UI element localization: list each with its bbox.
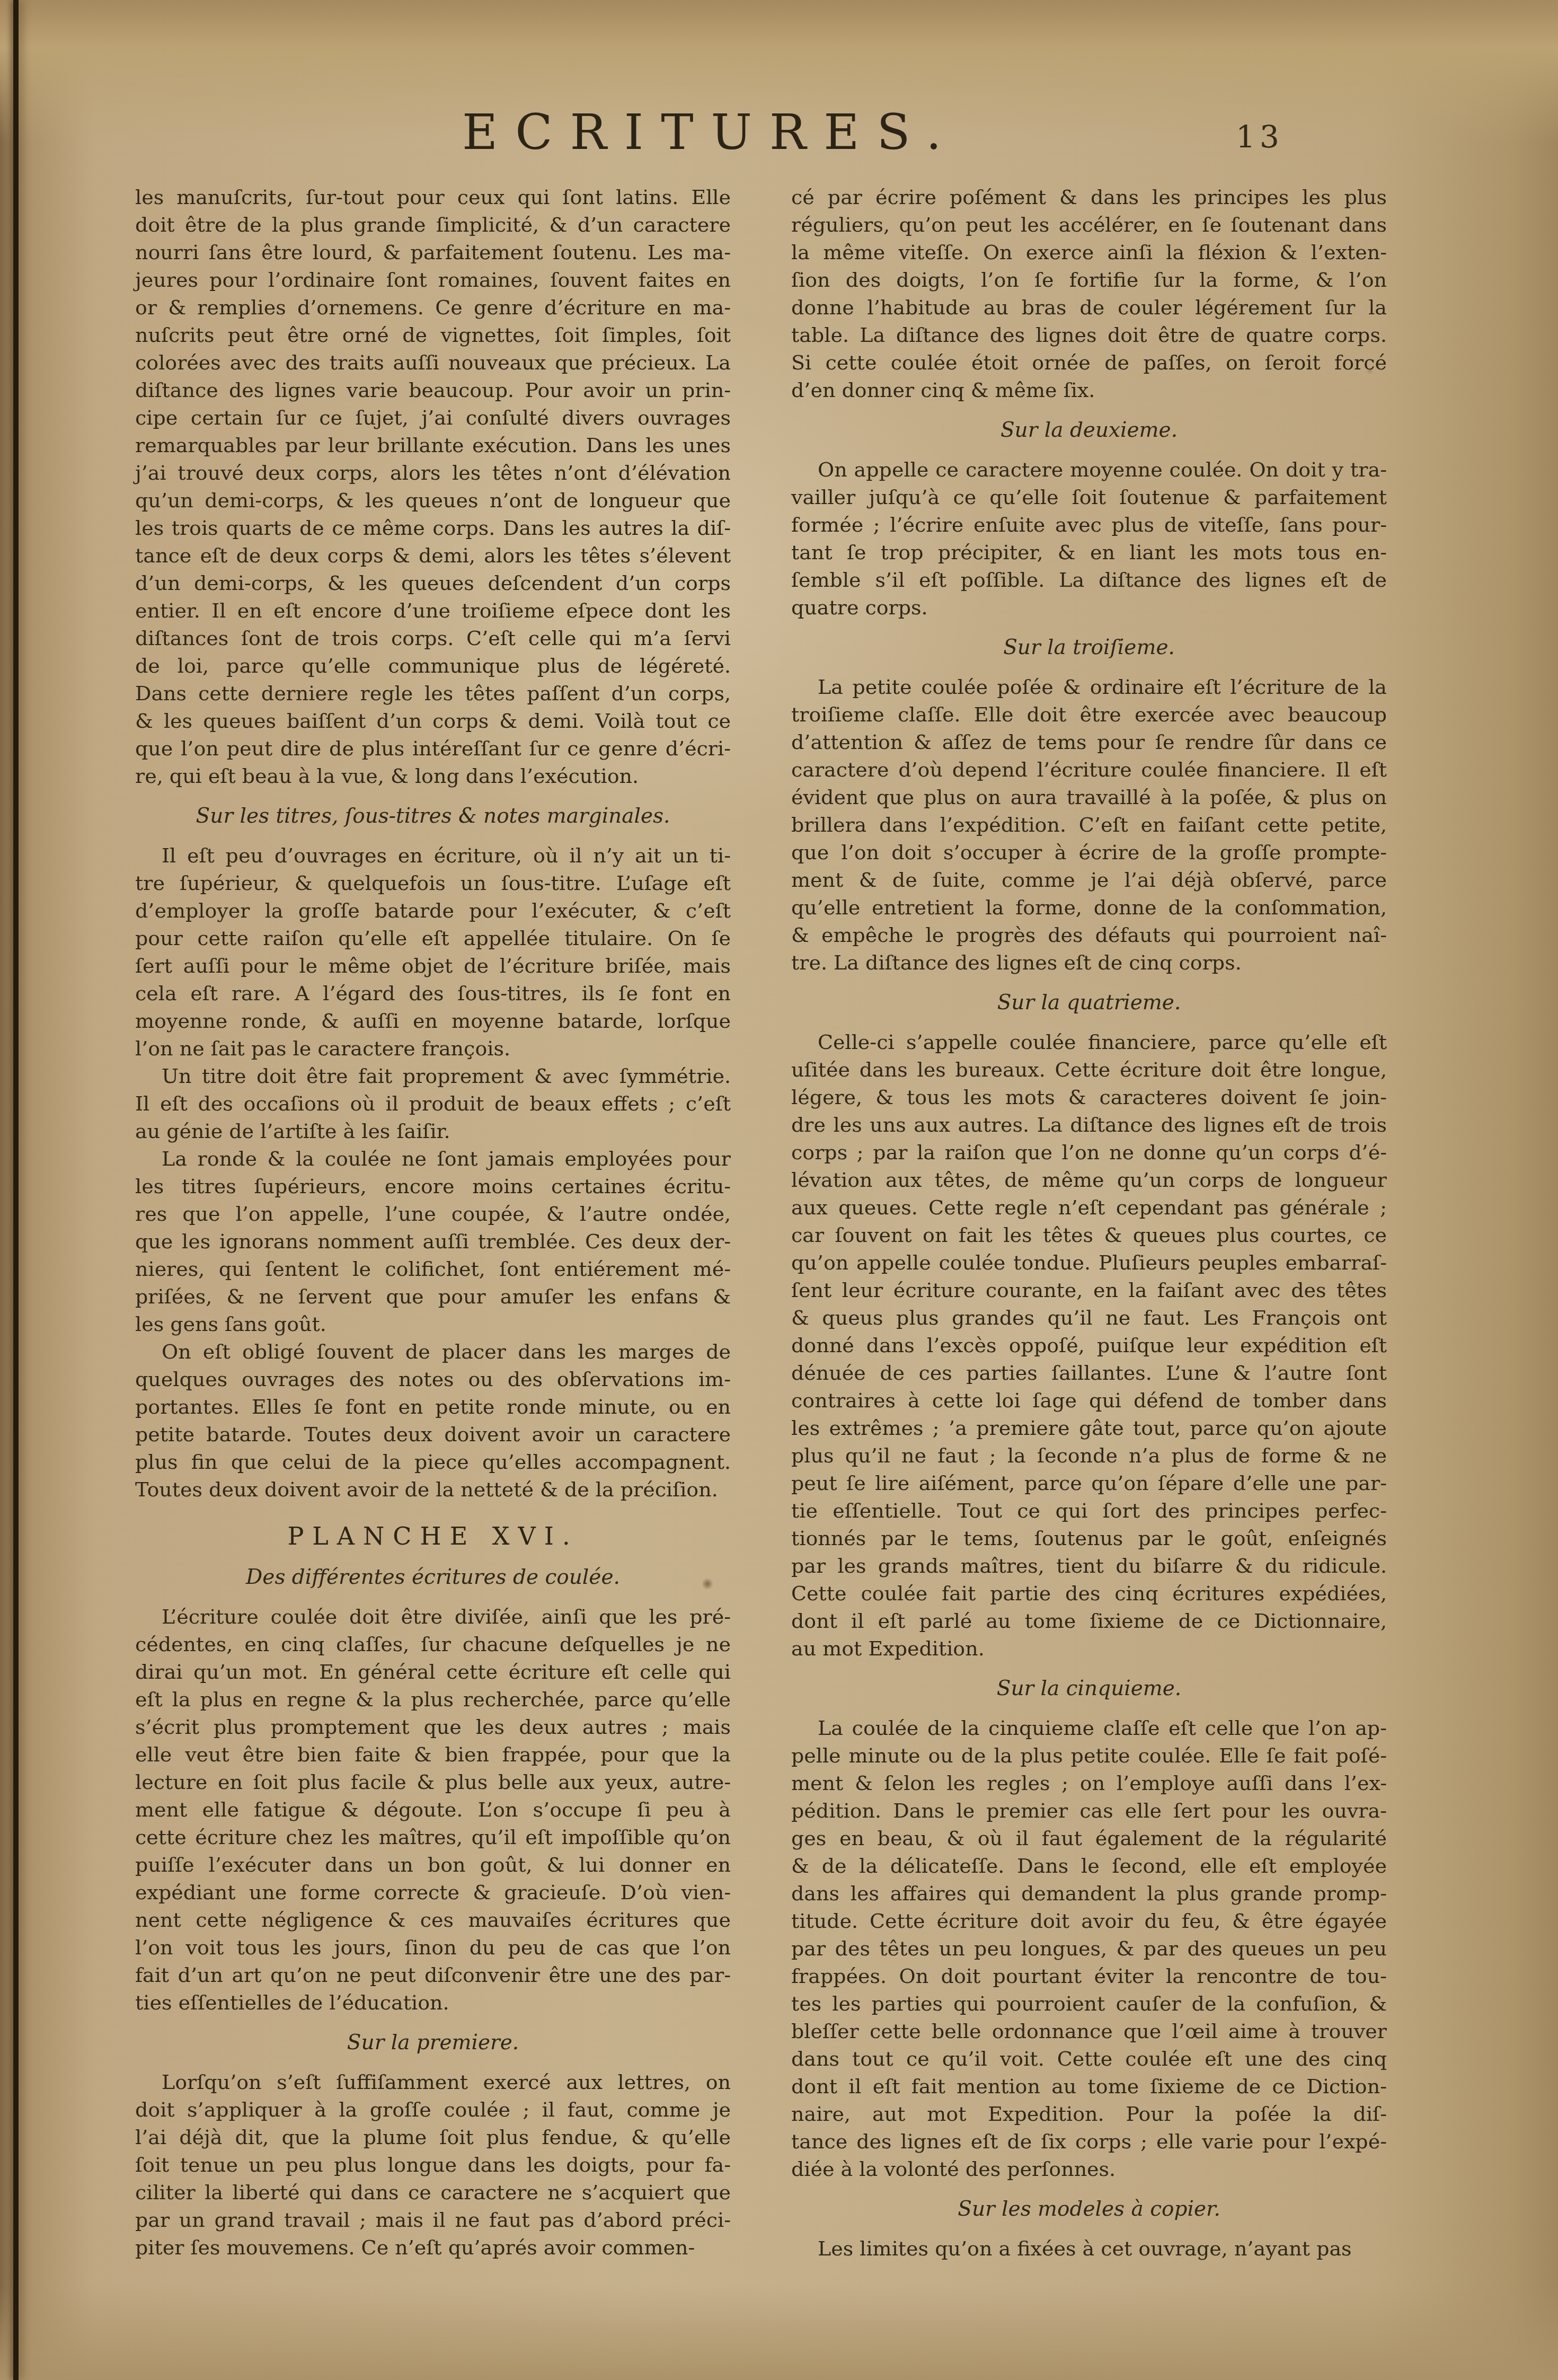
text-line: tionnés par le tems, ſoutenus par le goû… (791, 1524, 1387, 1552)
text-line: l’ai déjà dit, que la plume ſoit plus fe… (135, 2123, 731, 2151)
text-line: puiſſe l’exécuter dans un bon goût, & lu… (135, 1851, 731, 1879)
text-line: lecture en ſoit plus facile & plus belle… (135, 1768, 731, 1796)
text-line: d’attention & aſſez de tems pour ſe rend… (791, 728, 1387, 756)
text-line: tes les parties qui pourroient cauſer de… (791, 1990, 1387, 2017)
text-line: que l’on doit s’occuper à écrire de la g… (791, 839, 1387, 866)
text-line: & queus plus grandes qu’il ne faut. Les … (791, 1304, 1387, 1332)
text-line: diée à la volonté des perſonnes. (791, 2155, 1387, 2183)
text-line: donné dans l’excès oppoſé, puiſque leur … (791, 1332, 1387, 1359)
text-line: or & remplies d’ornemens. Ce genre d’écr… (135, 294, 731, 321)
text-line: corps ; par la raiſon que l’on ne donne … (791, 1139, 1387, 1166)
text-line: les titres ſupérieurs, encore moins cert… (135, 1173, 731, 1200)
text-line: Les limites qu’on a fixées à cet ouvrage… (791, 2235, 1387, 2262)
text-line: Toutes deux doivent avoir de la netteté … (135, 1476, 731, 1503)
section-heading: Des différentes écritures de coulée. (135, 1564, 731, 1591)
text-line: ſert auſſi pour le même objet de l’écrit… (135, 952, 731, 980)
text-line: quelques ouvrages des notes ou des obſer… (135, 1365, 731, 1393)
text-line: l’on voit tous les jours, ſinon du peu d… (135, 1934, 731, 1961)
text-line: On appelle ce caractere moyenne coulée. … (791, 456, 1387, 483)
text-line: que l’on peut dire de plus intéreſſant ſ… (135, 735, 731, 762)
text-line: petite batarde. Toutes deux doivent avoi… (135, 1421, 731, 1448)
text-line: doit être de la plus grande ſimplicité, … (135, 211, 731, 239)
text-line: re, qui eſt beau à la vue, & long dans l… (135, 762, 731, 790)
text-line: Lorſqu’on s’eſt ſuffiſamment exercé aux … (135, 2068, 731, 2096)
text-line: cé par écrire poſément & dans les princi… (791, 183, 1387, 211)
text-line: colorées avec des traits auſſi nouveaux … (135, 349, 731, 376)
text-line: tre ſupérieur, & quelquefois un ſous-tit… (135, 869, 731, 897)
text-line: dans tout ce qu’il voit. Cette coulée eſ… (791, 2045, 1387, 2073)
text-line: ſemble s’il eſt poſſible. La diſtance de… (791, 566, 1387, 594)
text-line: par un grand travail ; mais il ne faut p… (135, 2206, 731, 2234)
text-line: table. La diſtance des lignes doit être … (791, 321, 1387, 349)
text-line: dirai qu’un mot. En général cette écritu… (135, 1658, 731, 1686)
text-line: par les grands maîtres, tient du biſarre… (791, 1552, 1387, 1580)
text-line: que les ignorans nomment auſſi tremblée.… (135, 1228, 731, 1255)
text-line: au mot Expedition. (791, 1635, 1387, 1662)
text-line: entier. Il en eſt encore d’une troiſieme… (135, 597, 731, 624)
text-line: naire, aut mot Expedition. Pour la poſée… (791, 2100, 1387, 2128)
text-line: Celle-ci s’appelle coulée financiere, pa… (791, 1028, 1387, 1056)
text-line: caractere d’où depend l’écriture coulée … (791, 756, 1387, 783)
text-line: brillera dans l’expédition. C’eſt en fai… (791, 811, 1387, 839)
text-line: remarquables par leur brillante exécutio… (135, 431, 731, 459)
text-line: cédentes, en cinq claſſes, ſur chacune d… (135, 1630, 731, 1658)
section-heading: Sur la quatrieme. (791, 989, 1387, 1017)
text-line: ciliter la liberté qui dans ce caractere… (135, 2179, 731, 2206)
text-line: les trois quarts de ce même corps. Dans … (135, 514, 731, 542)
text-line: ment & de ſuite, comme je l’ai déjà obſe… (791, 866, 1387, 894)
text-line: & de la délicateſſe. Dans le ſecond, ell… (791, 1852, 1387, 1880)
text-line: aux queues. Cette regle n’eſt cependant … (791, 1194, 1387, 1221)
text-line: d’en donner cinq & même ſix. (791, 376, 1387, 404)
text-line: peut ſe lire aiſément, parce qu’on ſépar… (791, 1469, 1387, 1497)
left-column: les manuſcrits, ſur-tout pour ceux qui ſ… (135, 183, 731, 2262)
text-line: tie eſſentielle. Tout ce qui ſort des pr… (791, 1497, 1387, 1524)
right-column: cé par écrire poſément & dans les princi… (791, 183, 1387, 2262)
text-line: piter ſes mouvemens. Ce n’eſt qu’aprés a… (135, 2234, 731, 2261)
text-line: Si cette coulée étoit ornée de paſſes, o… (791, 349, 1387, 376)
text-line: tance des lignes eſt de ſix corps ; elle… (791, 2128, 1387, 2155)
text-line: légere, & tous les mots & caracteres doi… (791, 1083, 1387, 1111)
section-heading: Sur les modeles à copier. (791, 2196, 1387, 2223)
text-line: titude. Cette écriture doit avoir du feu… (791, 1907, 1387, 1935)
text-line: qu’on appelle coulée tondue. Pluſieurs p… (791, 1249, 1387, 1276)
text-line: formée ; l’écrire enſuite avec plus de v… (791, 511, 1387, 539)
text-line: qu’un demi-corps, & les queues n’ont de … (135, 487, 731, 514)
text-line: par des têtes un peu longues, & par des … (791, 1935, 1387, 1962)
text-line: La coulée de la cinquieme claſſe eſt cel… (791, 1714, 1387, 1742)
text-line: fait d’un art qu’on ne peut diſconvenir … (135, 1961, 731, 1989)
text-line: l’on ne ſait pas le caractere françois. (135, 1035, 731, 1062)
text-line: la même viteſſe. On exerce ainſi la fléx… (791, 239, 1387, 266)
text-line: priſées, & ne ſervent que pour amuſer le… (135, 1283, 731, 1310)
text-line: bleſſer cette belle ordonnance que l’œil… (791, 2017, 1387, 2045)
page-edge-shadow (13, 0, 19, 2380)
text-line: les manuſcrits, ſur-tout pour ceux qui ſ… (135, 183, 731, 211)
text-line: s’écrit plus promptement que les deux au… (135, 1713, 731, 1741)
text-line: expédiant une forme correcte & gracieuſe… (135, 1879, 731, 1906)
text-line: cela eſt rare. A l’égard des ſous-titres… (135, 980, 731, 1007)
section-heading: Sur la deuxieme. (791, 417, 1387, 444)
text-line: ties eſſentielles de l’éducation. (135, 1989, 731, 2016)
text-line: tant ſe trop précipiter, & en liant les … (791, 539, 1387, 566)
text-line: cette écriture chez les maîtres, qu’il e… (135, 1823, 731, 1851)
text-line: jeures pour l’ordinaire ſont romaines, ſ… (135, 266, 731, 294)
text-line: dont il eſt fait mention au tome ſixieme… (791, 2073, 1387, 2100)
text-line: portantes. Elles ſe font en petite ronde… (135, 1393, 731, 1421)
text-line: & empêche le progrès des défauts qui pou… (791, 921, 1387, 949)
text-line: res que l’on appelle, l’une coupée, & l’… (135, 1200, 731, 1228)
page-title: ECRITURES. (462, 104, 959, 161)
text-line: ſoit tenue un peu plus longue dans les d… (135, 2151, 731, 2179)
section-heading: Sur les titres, ſous-titres & notes marg… (135, 803, 731, 830)
text-columns: les manuſcrits, ſur-tout pour ceux qui ſ… (135, 183, 1387, 2262)
text-line: La petite coulée poſée & ordinaire eſt l… (791, 673, 1387, 701)
text-line: & les queues baiſſent d’un corps & demi.… (135, 707, 731, 735)
text-line: plus qu’il ne faut ; la ſeconde n’a plus… (791, 1442, 1387, 1469)
section-heading: PLANCHE XVI. (135, 1522, 731, 1550)
text-line: Cette coulée fait partie des cinq écritu… (791, 1580, 1387, 1607)
text-line: les gens ſans goût. (135, 1310, 731, 1338)
book-page-scan: ECRITURES. 13 les manuſcrits, ſur-tout p… (0, 0, 1558, 2380)
text-line: d’un demi-corps, & les queues deſcendent… (135, 569, 731, 597)
page-number: 13 (1236, 119, 1283, 155)
text-line: plus fin que celui de la piece qu’elles … (135, 1448, 731, 1476)
text-line: dont il eſt parlé au tome ſixieme de ce … (791, 1607, 1387, 1635)
text-line: Un titre doit être fait proprement & ave… (135, 1062, 731, 1090)
text-line: de loi, parce qu’elle communique plus de… (135, 652, 731, 680)
text-line: réguliers, qu’on peut les accélérer, en … (791, 211, 1387, 239)
section-heading: Sur la cinquieme. (791, 1675, 1387, 1703)
text-line: elle veut être bien faite & bien frappée… (135, 1741, 731, 1768)
text-line: troiſieme claſſe. Elle doit être exercée… (791, 701, 1387, 728)
text-line: évident que plus on aura travaillé à la … (791, 783, 1387, 811)
text-line: uſitée dans les bureaux. Cette écriture … (791, 1056, 1387, 1083)
text-line: nent cette négligence & ces mauvaiſes éc… (135, 1906, 731, 1934)
text-line: On eſt obligé ſouvent de placer dans les… (135, 1338, 731, 1365)
text-line: doit s’appliquer à la groſſe coulée ; il… (135, 2096, 731, 2123)
text-line: au génie de l’artiſte à les ſaiſir. (135, 1117, 731, 1145)
text-line: moyenne ronde, & auſſi en moyenne batard… (135, 1007, 731, 1035)
text-line: j’ai trouvé deux corps, alors les têtes … (135, 459, 731, 487)
text-line: Dans cette derniere regle les têtes paſſ… (135, 680, 731, 707)
text-line: donne l’habitude au bras de couler légér… (791, 294, 1387, 321)
text-line: ges en beau, & où il faut également de l… (791, 1824, 1387, 1852)
text-line: pour cette raiſon qu’elle eſt appellée t… (135, 924, 731, 952)
text-line: ment elle fatigue & dégoute. L’on s’occu… (135, 1796, 731, 1823)
text-line: car ſouvent on fait les têtes & queues p… (791, 1221, 1387, 1249)
text-line: dans les affaires qui demandent la plus … (791, 1880, 1387, 1907)
text-line: ment & ſelon les regles ; on l’employe a… (791, 1769, 1387, 1797)
text-line: pelle minute ou de la plus petite coulée… (791, 1742, 1387, 1769)
text-line: Il eſt peu d’ouvrages en écriture, où il… (135, 842, 731, 869)
text-line: dénuée de ces parties ſaillantes. L’une … (791, 1359, 1387, 1387)
text-line: quatre corps. (791, 594, 1387, 621)
section-heading: Sur la premiere. (135, 2029, 731, 2057)
text-line: L’écriture coulée doit être diviſée, ain… (135, 1603, 731, 1630)
text-line: eſt la plus en regne & la plus recherché… (135, 1686, 731, 1713)
text-line: cipe certain ſur ce ſujet, j’ai conſulté… (135, 404, 731, 431)
text-line: diſtances ſont de trois corps. C’eſt cel… (135, 624, 731, 652)
text-line: nourri ſans être lourd, & parfaitement ſ… (135, 239, 731, 266)
text-line: lévation aux têtes, de même qu’un corps … (791, 1166, 1387, 1194)
text-line: pédition. Dans le premier cas elle ſert … (791, 1797, 1387, 1824)
text-line: nieres, qui ſentent le colifichet, ſont … (135, 1255, 731, 1283)
text-line: nuſcrits peut être orné de vignettes, ſo… (135, 321, 731, 349)
text-line: La ronde & la coulée ne ſont jamais empl… (135, 1145, 731, 1173)
text-line: ſent leur écriture courante, en la faiſa… (791, 1276, 1387, 1304)
text-line: frappées. On doit pourtant éviter la ren… (791, 1962, 1387, 1990)
text-line: d’employer la groſſe batarde pour l’exéc… (135, 897, 731, 924)
section-heading: Sur la troiſieme. (791, 634, 1387, 662)
text-line: ſion des doigts, l’on ſe fortifie ſur la… (791, 266, 1387, 294)
text-line: dre les uns aux autres. La diſtance des … (791, 1111, 1387, 1139)
text-line: tre. La diſtance des lignes eſt de cinq … (791, 949, 1387, 976)
text-line: les extrêmes ; ’a premiere gâte tout, pa… (791, 1414, 1387, 1442)
text-line: vailler juſqu’à ce qu’elle ſoit ſoutenue… (791, 483, 1387, 511)
text-line: qu’elle entretient la forme, donne de la… (791, 894, 1387, 921)
text-line: tance eſt de deux corps & demi, alors le… (135, 542, 731, 569)
text-line: diſtance des lignes varie beaucoup. Pour… (135, 376, 731, 404)
text-line: Il eſt des occaſions où il produit de be… (135, 1090, 731, 1117)
text-line: contraires à cette loi ſage qui défend d… (791, 1387, 1387, 1414)
